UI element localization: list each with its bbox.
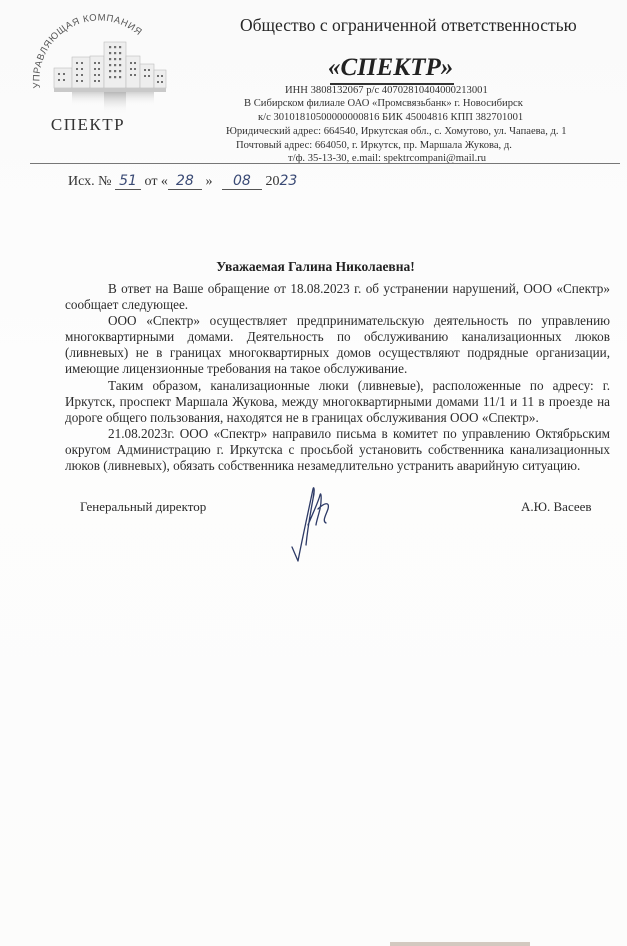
org-name: «СПЕКТР» [328, 54, 453, 82]
outgoing-prefix: Исх. № [68, 174, 112, 189]
requisites-bank: В Сибирском филиале ОАО «Промсвязьбанк» … [244, 97, 523, 110]
org-legal-form: Общество с ограниченной ответственностью [240, 15, 577, 36]
logo-company-name: СПЕКТР [18, 115, 158, 135]
paragraph-2: ООО «Спектр» осуществляет предпринимател… [65, 313, 610, 377]
paragraph-3: Таким образом, канализационные люки (лив… [65, 378, 610, 426]
requisites-inn: ИНН 3808132067 р/с 40702810404000213001 [285, 84, 488, 97]
handwritten-signature-icon [270, 485, 350, 565]
paragraph-4: 21.08.2023г. ООО «Спектр» направило пись… [65, 426, 610, 474]
salutation: Уважаемая Галина Николаевна! [0, 259, 627, 275]
requisites-legal-address: Юридический адрес: 664540, Иркутская обл… [226, 125, 567, 138]
outgoing-number: 51 [115, 174, 141, 190]
requisites-postal-address: Почтовый адрес: 664050, г. Иркутск, пр. … [236, 139, 512, 152]
paragraph-1: В ответ на Ваше обращение от 18.08.2023 … [65, 281, 610, 313]
signatory-title: Генеральный директор [80, 499, 206, 515]
outgoing-close-quote: » [205, 174, 212, 189]
outgoing-month: 08 [222, 174, 262, 190]
outgoing-number-line: Исх. № 51 от «28 » 08 2023 [68, 173, 297, 190]
outgoing-year-suffix: 23 [279, 173, 297, 189]
header-divider [30, 163, 620, 164]
signatory-name: А.Ю. Васеев [521, 499, 592, 515]
outgoing-from-label: от « [145, 174, 168, 189]
building-logo-icon: УПРАВЛЯЮЩАЯ КОМПАНИЯ [18, 10, 193, 130]
letter-page: УПРАВЛЯЮЩАЯ КОМПАНИЯ [0, 0, 627, 946]
requisites-bik: к/с 30101810500000000816 БИК 45004816 КП… [258, 111, 523, 124]
page-edge-shadow [390, 942, 530, 946]
outgoing-year-prefix: 20 [265, 174, 279, 189]
letter-body: В ответ на Ваше обращение от 18.08.2023 … [65, 281, 610, 474]
outgoing-day: 28 [168, 174, 202, 190]
